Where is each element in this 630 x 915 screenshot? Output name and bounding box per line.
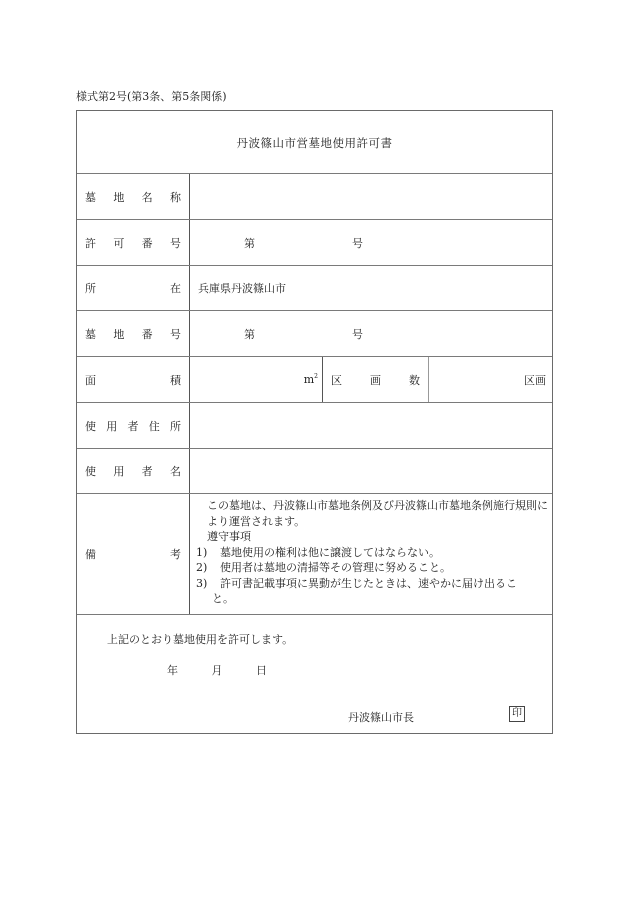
- permit-number-field[interactable]: 第 号: [190, 220, 552, 265]
- label-char: 地: [113, 326, 124, 342]
- label-char: 墓: [85, 326, 96, 342]
- item-text: 使用者は墓地の清掃等その管理に努めること。: [220, 560, 548, 576]
- remarks-notes: この墓地は、丹波篠山市墓地条例及び丹波篠山市墓地条例施行規則により運営されます。…: [190, 494, 552, 614]
- label-char: 所: [170, 418, 181, 434]
- row-plot-number: 墓 地 番 号 第 号: [77, 310, 552, 356]
- document-title: 丹波篠山市営墓地使用許可書: [77, 111, 552, 174]
- label-char: 名: [170, 463, 181, 479]
- form-number: 様式第2号(第3条、第5条関係): [76, 88, 227, 104]
- label-cemetery-name: 墓 地 名 称: [77, 174, 190, 219]
- issuer-name: 丹波篠山市長: [348, 709, 414, 725]
- row-permit-number: 許 可 番 号 第 号: [77, 219, 552, 265]
- row-location: 所 在 兵庫県丹波篠山市: [77, 265, 552, 310]
- permit-form: 丹波篠山市営墓地使用許可書 墓 地 名 称 許 可 番 号 第 号 所 在 兵庫…: [76, 110, 553, 734]
- row-cemetery-name: 墓 地 名 称: [77, 173, 552, 219]
- area-field[interactable]: m2: [190, 357, 323, 402]
- label-char: 数: [409, 372, 420, 388]
- row-remarks: 備 考 この墓地は、丹波篠山市墓地条例及び丹波篠山市墓地条例施行規則により運営さ…: [77, 493, 552, 614]
- number-suffix: 号: [352, 235, 363, 251]
- notes-item: 3) 許可書記載事項に異動が生じたときは、速やかに届け出るこ: [196, 576, 548, 592]
- label-area: 面 積: [77, 357, 190, 402]
- date-year: 年: [167, 662, 178, 678]
- label-char: 在: [170, 280, 181, 296]
- label-plot-number: 墓 地 番 号: [77, 311, 190, 356]
- plot-count-unit: 区画: [524, 372, 546, 388]
- row-area: 面 積 m2 区 画 数 区画: [77, 356, 552, 402]
- label-char: 者: [128, 418, 139, 434]
- notes-heading: 遵守事項: [196, 529, 548, 545]
- item-number: 1): [196, 545, 220, 561]
- item-continuation: と。: [196, 591, 548, 607]
- item-text: 墓地使用の権利は他に譲渡してはならない。: [220, 545, 548, 561]
- location-value: 兵庫県丹波篠山市: [190, 280, 286, 296]
- row-user-name: 使 用 者 名: [77, 448, 552, 493]
- label-char: 考: [170, 546, 181, 562]
- label-char: 名: [142, 189, 153, 205]
- location-field[interactable]: 兵庫県丹波篠山市: [190, 266, 552, 310]
- number-prefix: 第: [244, 326, 255, 342]
- label-plot-count: 区 画 数: [323, 357, 429, 402]
- label-char: 画: [370, 372, 381, 388]
- label-char: 使: [85, 463, 96, 479]
- label-user-name: 使 用 者 名: [77, 449, 190, 493]
- label-char: 墓: [85, 189, 96, 205]
- notes-item: 1) 墓地使用の権利は他に譲渡してはならない。: [196, 545, 548, 561]
- date-month: 月: [212, 662, 223, 678]
- user-name-field[interactable]: [190, 449, 552, 493]
- label-char: 地: [113, 189, 124, 205]
- plot-count-field[interactable]: 区画: [429, 357, 552, 402]
- label-char: 所: [85, 280, 96, 296]
- cemetery-name-field[interactable]: [190, 174, 552, 219]
- label-char: 者: [142, 463, 153, 479]
- label-char: 用: [113, 463, 124, 479]
- label-location: 所 在: [77, 266, 190, 310]
- label-char: 区: [331, 372, 342, 388]
- number-prefix: 第: [244, 235, 255, 251]
- item-number: 2): [196, 560, 220, 576]
- notes-item: 2) 使用者は墓地の清掃等その管理に努めること。: [196, 560, 548, 576]
- label-char: 備: [85, 546, 96, 562]
- label-char: 可: [113, 235, 124, 251]
- label-char: 用: [106, 418, 117, 434]
- user-address-field[interactable]: [190, 403, 552, 448]
- area-unit: m2: [304, 373, 318, 386]
- item-number: 3): [196, 576, 220, 592]
- date-day: 日: [256, 662, 267, 678]
- label-user-address: 使 用 者 住 所: [77, 403, 190, 448]
- number-suffix: 号: [352, 326, 363, 342]
- label-char: 号: [170, 235, 181, 251]
- notes-intro: この墓地は、丹波篠山市墓地条例及び丹波篠山市墓地条例施行規則により運営されます。: [196, 498, 548, 529]
- row-user-address: 使 用 者 住 所: [77, 402, 552, 448]
- seal-stamp: 印: [509, 706, 525, 722]
- issue-date[interactable]: 年 月 日: [167, 662, 267, 678]
- label-char: 称: [170, 189, 181, 205]
- label-char: 許: [85, 235, 96, 251]
- label-char: 使: [85, 418, 96, 434]
- label-permit-number: 許 可 番 号: [77, 220, 190, 265]
- label-char: 面: [85, 372, 96, 388]
- label-char: 積: [170, 372, 181, 388]
- label-char: 番: [142, 326, 153, 342]
- permit-statement: 上記のとおり墓地使用を許可します。: [107, 631, 293, 647]
- item-text: 許可書記載事項に異動が生じたときは、速やかに届け出るこ: [220, 576, 548, 592]
- label-char: 住: [149, 418, 160, 434]
- label-remarks: 備 考: [77, 494, 190, 614]
- permit-footer: 上記のとおり墓地使用を許可します。 年 月 日 丹波篠山市長 印: [77, 614, 552, 733]
- plot-number-field[interactable]: 第 号: [190, 311, 552, 356]
- label-char: 号: [170, 326, 181, 342]
- label-char: 番: [142, 235, 153, 251]
